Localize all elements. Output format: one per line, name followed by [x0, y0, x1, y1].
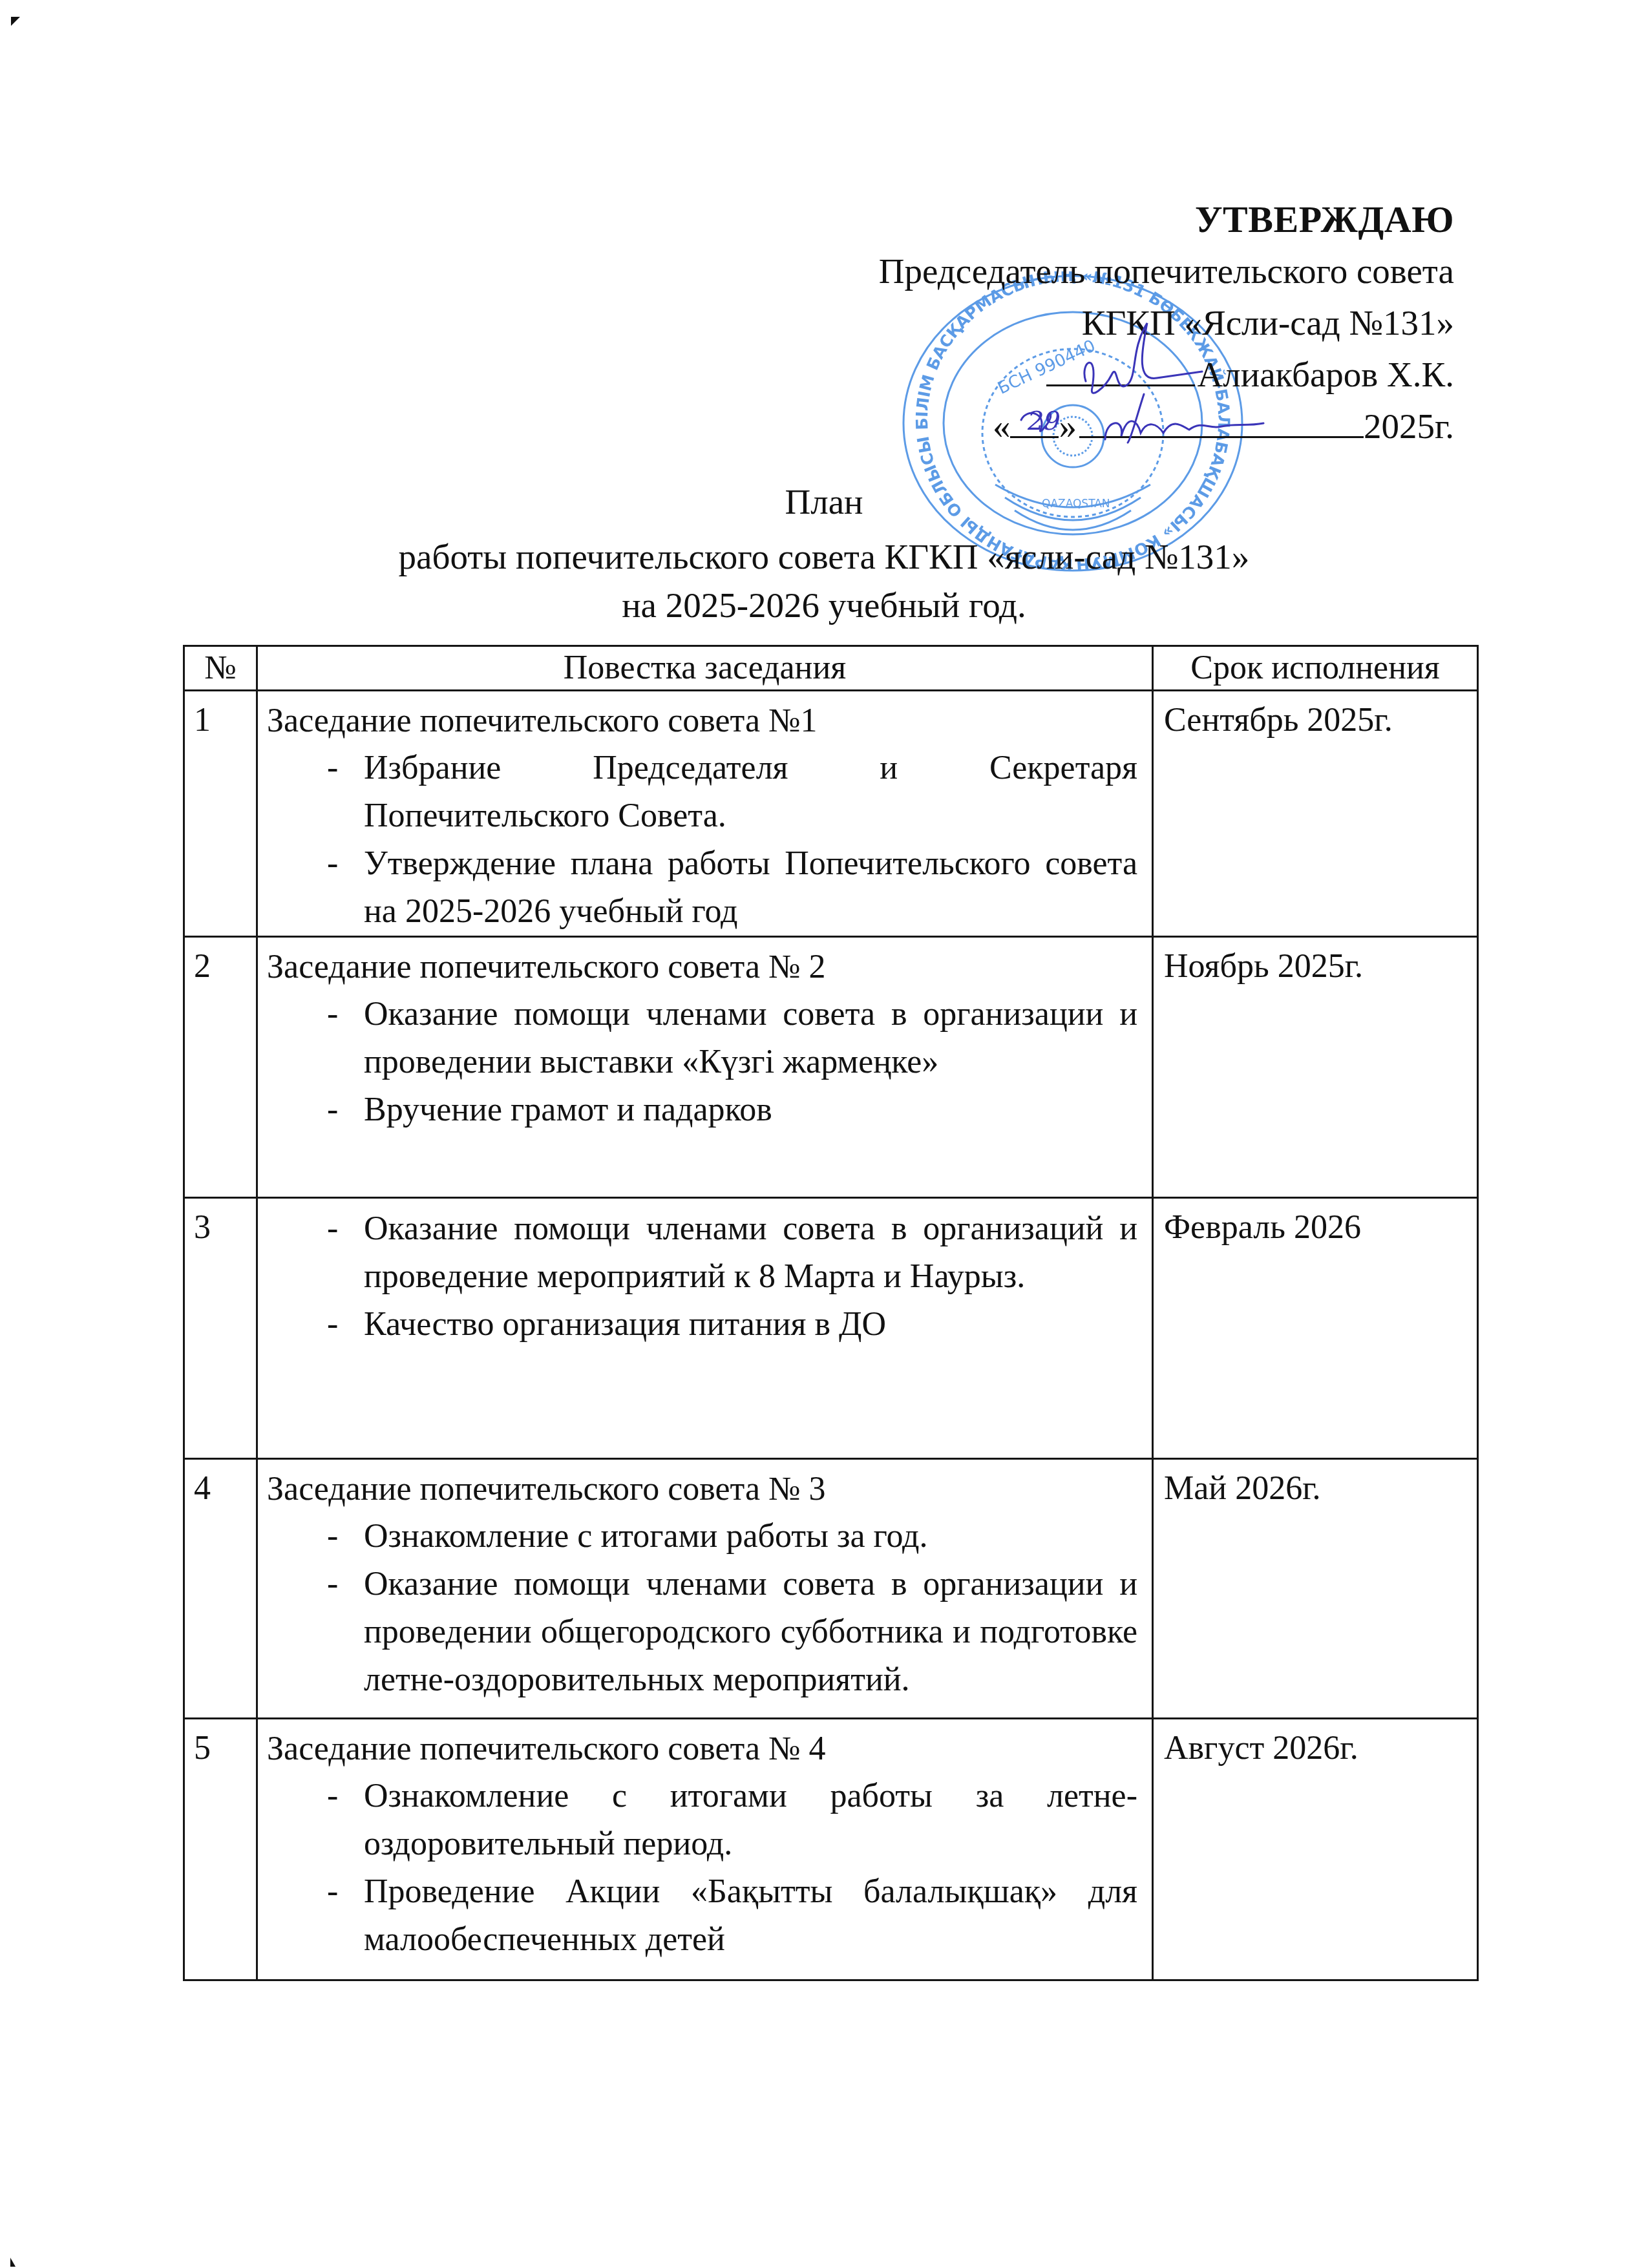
meeting-title: Заседание попечительского совета № 2: [267, 944, 1137, 991]
row-term: Август 2026г.: [1153, 1719, 1478, 1980]
date-year: 2025г.: [1364, 406, 1454, 446]
agenda-list: -Ознакомление с итогами работы за год.-О…: [267, 1513, 1137, 1704]
bullet-dash-icon: -: [327, 1301, 338, 1349]
agenda-item: -Избрание Председателя и Секретаря Попеч…: [267, 744, 1137, 840]
plan-table: № Повестка заседания Срок исполнения 1За…: [183, 645, 1479, 1981]
agenda-item-text: Оказание помощи членами совета в организ…: [364, 1566, 1137, 1698]
bullet-dash-icon: -: [327, 840, 338, 888]
bullet-dash-icon: -: [327, 1513, 338, 1560]
row-term: Май 2026г.: [1153, 1459, 1478, 1719]
agenda-item: -Проведение Акции «Бақытты балалықшақ» д…: [267, 1868, 1137, 1964]
agenda-item-text: Качество организация питания в ДО: [364, 1306, 886, 1343]
bullet-dash-icon: -: [327, 991, 338, 1038]
agenda-item-text: Вручение грамот и падарков: [364, 1091, 772, 1128]
row-agenda: -Оказание помощи членами совета в органи…: [257, 1198, 1153, 1459]
agenda-item: -Оказание помощи членами совета в органи…: [267, 991, 1137, 1086]
date-day-blank: [1010, 405, 1059, 438]
agenda-item: -Ознакомление с итогами работы за год.: [267, 1513, 1137, 1560]
row-number: 4: [184, 1459, 257, 1719]
agenda-item: -Вручение грамот и падарков: [267, 1086, 1137, 1134]
approval-signature-line: Алиакбаров Х.К.: [879, 349, 1454, 401]
table-row: 4Заседание попечительского совета № 3-Оз…: [184, 1459, 1478, 1719]
agenda-item: -Оказание помощи членами совета в органи…: [267, 1205, 1137, 1301]
approval-signatory: Алиакбаров Х.К.: [1198, 355, 1454, 394]
agenda-list: -Избрание Председателя и Секретаря Попеч…: [267, 744, 1137, 936]
row-term: Ноябрь 2025г.: [1153, 937, 1478, 1198]
row-agenda: Заседание попечительского совета № 4-Озн…: [257, 1719, 1153, 1980]
row-agenda: Заседание попечительского совета № 3-Озн…: [257, 1459, 1153, 1719]
agenda-item-text: Ознакомление с итогами работы за летне-о…: [364, 1778, 1137, 1862]
scan-corner-mark: [10, 2258, 16, 2267]
bullet-dash-icon: -: [327, 1772, 338, 1820]
meeting-title: Заседание попечительского совета № 4: [267, 1726, 1137, 1772]
bullet-dash-icon: -: [327, 1560, 338, 1608]
row-number: 1: [184, 691, 257, 937]
header-number: №: [184, 646, 257, 691]
table-row: 3-Оказание помощи членами совета в орган…: [184, 1198, 1478, 1459]
agenda-item-text: Избрание Председателя и Секретаря Попечи…: [364, 750, 1137, 834]
document-title: План: [0, 481, 1648, 522]
agenda-list: -Ознакомление с итогами работы за летне-…: [267, 1772, 1137, 1964]
table-row: 2Заседание попечительского совета № 2-Ок…: [184, 937, 1478, 1198]
signature-blank: [1046, 353, 1195, 386]
agenda-item: -Оказание помощи членами совета в органи…: [267, 1560, 1137, 1704]
bullet-dash-icon: -: [327, 1868, 338, 1916]
meeting-title: Заседание попечительского совета №1: [267, 698, 1137, 744]
approval-date-line: «»2025г.: [879, 401, 1454, 452]
date-open-quote: «: [993, 406, 1011, 446]
row-number: 3: [184, 1198, 257, 1459]
row-term: Февраль 2026: [1153, 1198, 1478, 1459]
date-close-quote: »: [1059, 406, 1077, 446]
agenda-item-text: Оказание помощи членами совета в организ…: [364, 1210, 1137, 1295]
agenda-item-text: Утверждение плана работы Попечительского…: [364, 845, 1137, 930]
approval-position: Председатель попечительского совета: [879, 246, 1454, 297]
scan-corner-mark: [11, 17, 20, 26]
agenda-list: -Оказание помощи членами совета в органи…: [267, 991, 1137, 1134]
approval-title: УТВЕРЖДАЮ: [879, 194, 1454, 246]
approval-organization: КГКП «Ясли-сад №131»: [879, 297, 1454, 349]
bullet-dash-icon: -: [327, 744, 338, 792]
row-number: 2: [184, 937, 257, 1198]
agenda-list: -Оказание помощи членами совета в органи…: [267, 1205, 1137, 1349]
agenda-item-text: Проведение Акции «Бақытты балалықшақ» дл…: [364, 1873, 1137, 1958]
row-agenda: Заседание попечительского совета № 2-Ока…: [257, 937, 1153, 1198]
meeting-title: Заседание попечительского совета № 3: [267, 1466, 1137, 1513]
table-row: 1Заседание попечительского совета №1-Изб…: [184, 691, 1478, 937]
agenda-item: -Утверждение плана работы Попечительског…: [267, 840, 1137, 936]
agenda-item: -Качество организация питания в ДО: [267, 1301, 1137, 1349]
agenda-item-text: Оказание помощи членами совета в организ…: [364, 996, 1137, 1080]
document-subtitle: работы попечительского совета КГКП «ясли…: [0, 536, 1648, 577]
agenda-item: -Ознакомление с итогами работы за летне-…: [267, 1772, 1137, 1868]
row-number: 5: [184, 1719, 257, 1980]
date-month-blank: [1079, 405, 1364, 438]
bullet-dash-icon: -: [327, 1205, 338, 1253]
table-header-row: № Повестка заседания Срок исполнения: [184, 646, 1478, 691]
document-period: на 2025-2026 учебный год.: [0, 585, 1648, 625]
header-agenda: Повестка заседания: [257, 646, 1153, 691]
table-row: 5Заседание попечительского совета № 4-Оз…: [184, 1719, 1478, 1980]
approval-block: УТВЕРЖДАЮ Председатель попечительского с…: [879, 194, 1454, 452]
row-agenda: Заседание попечительского совета №1-Избр…: [257, 691, 1153, 937]
bullet-dash-icon: -: [327, 1086, 338, 1134]
agenda-item-text: Ознакомление с итогами работы за год.: [364, 1518, 928, 1555]
row-term: Сентябрь 2025г.: [1153, 691, 1478, 937]
header-term: Срок исполнения: [1153, 646, 1478, 691]
